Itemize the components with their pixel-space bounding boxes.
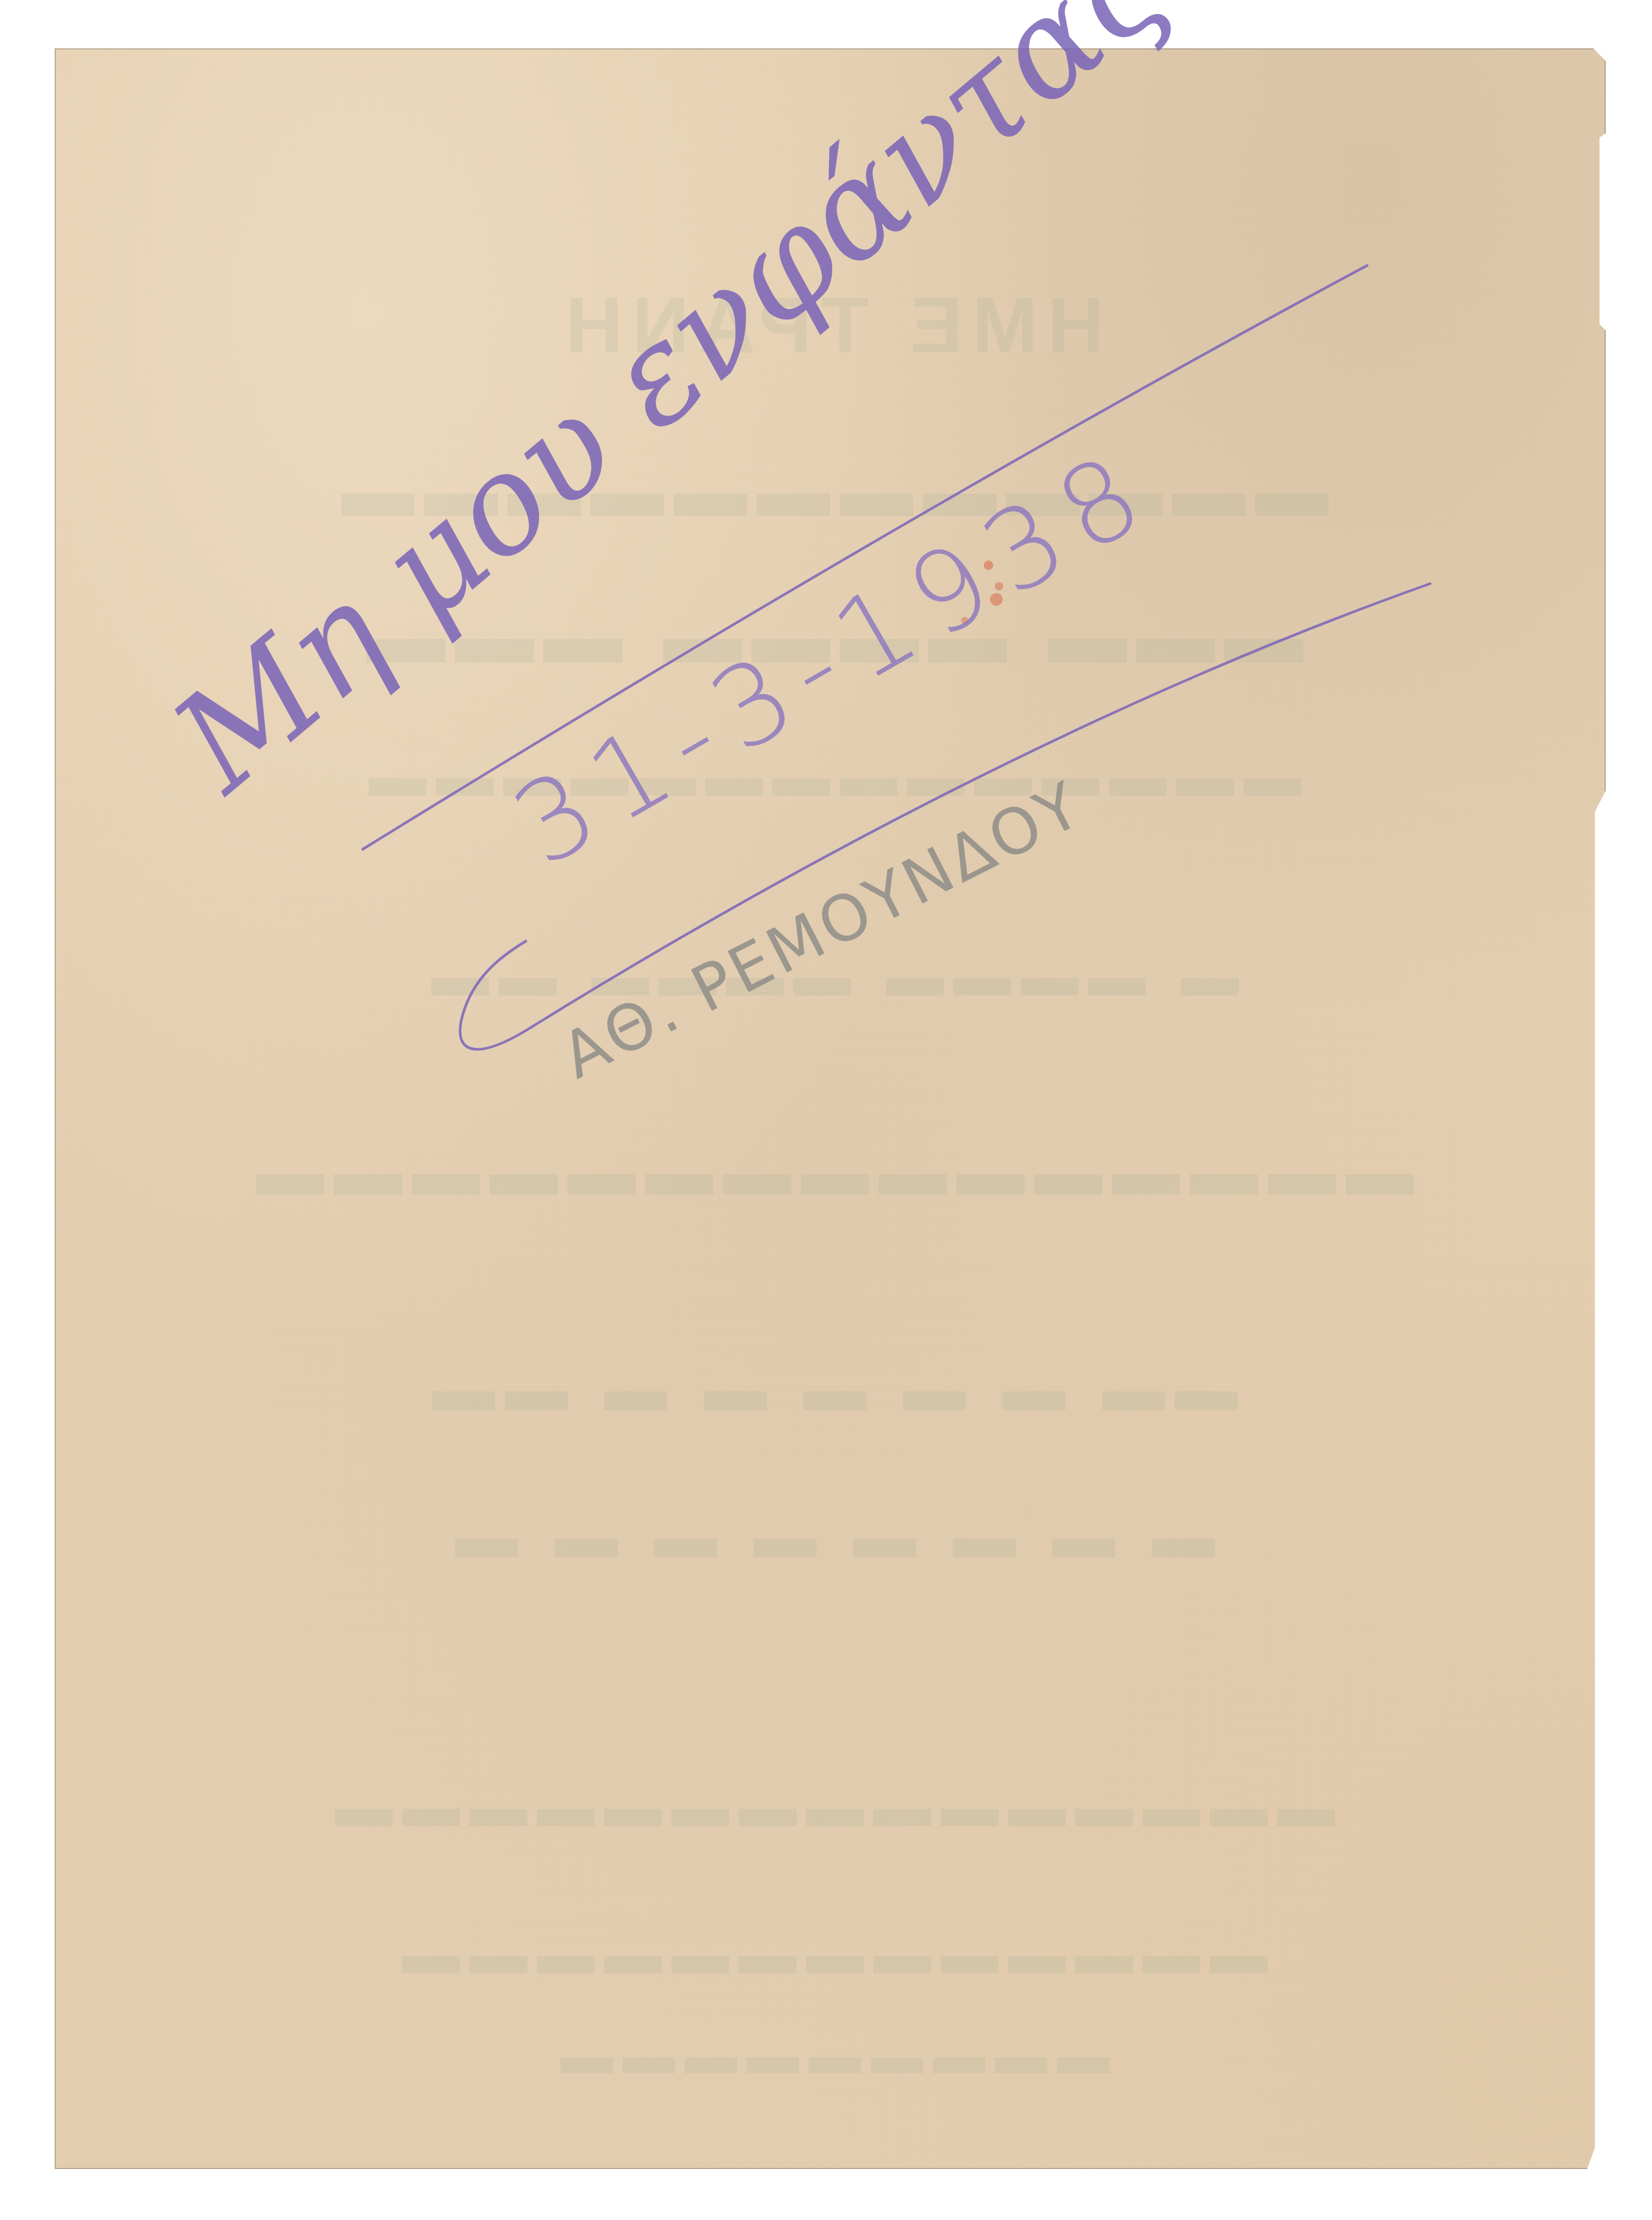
handwriting-layer: Μη μου ενφάντας 31-3-1938 ΑΘ. ΡΕΜΟΥΝΔΟΥ xyxy=(0,0,1652,2220)
